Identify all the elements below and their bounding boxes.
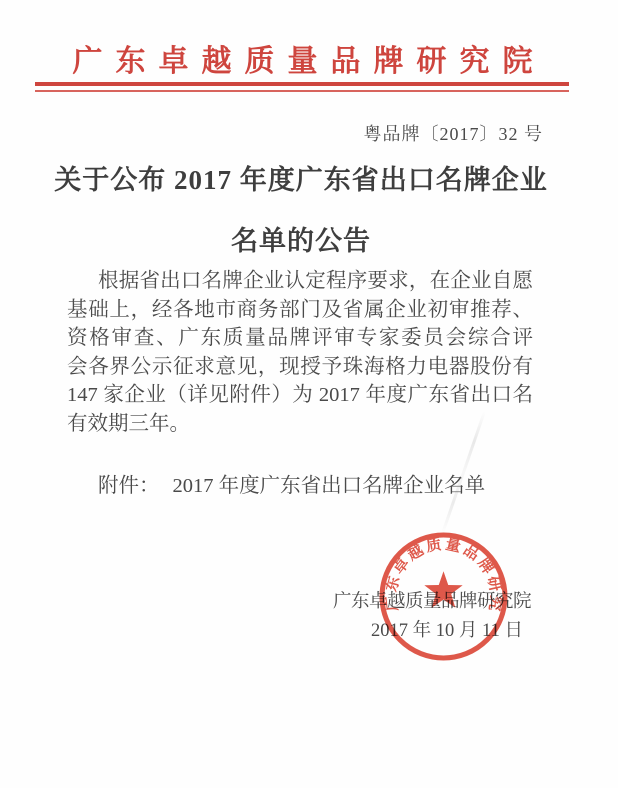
letterhead-rule-thick	[35, 82, 569, 86]
notice-title-line2: 名单的公告	[0, 219, 610, 258]
body-line: 基础上，经各地市商务部门及省属企业初审推荐、申报材料	[67, 296, 533, 325]
doc-number: 粤品牌〔2017〕32 号	[364, 120, 544, 146]
body-line: 会各界公示征求意见，现授予珠海格力电器股份有限公司等	[67, 353, 533, 382]
notice-title: 关于公布 2017 年度广东省出口名牌企业 名单的公告	[0, 158, 618, 258]
signature-date: 2017 年 10 月 11 日	[371, 616, 523, 642]
body-line: 147 家企业（详见附件）为 2017 年度广东省出口名牌企业，	[67, 381, 533, 410]
body-line: 资格审查、广东质量品牌评审专家委员会综合评价，并向社	[67, 324, 533, 353]
attachment-label: 附件：	[98, 475, 160, 497]
attachment-title: 2017 年度广东省出口名牌企业名单	[173, 475, 486, 497]
body-line: 有效期三年。	[67, 410, 533, 439]
attachment-line: 附件：2017 年度广东省出口名牌企业名单	[98, 468, 485, 498]
notice-title-line1: 关于公布 2017 年度广东省出口名牌企业	[0, 158, 610, 197]
body-line: 根据省出口名牌企业认定程序要求，在企业自愿申报的	[67, 267, 533, 296]
body-paragraph: 根据省出口名牌企业认定程序要求，在企业自愿申报的 基础上，经各地市商务部门及省属…	[67, 267, 533, 439]
letterhead-rule-thin	[35, 90, 569, 92]
official-notice-document: 广东卓越质量品牌研究院 粤品牌〔2017〕32 号 关于公布 2017 年度广东…	[0, 0, 618, 788]
letterhead-org-name: 广东卓越质量品牌研究院	[0, 36, 618, 80]
signature-org-name: 广东卓越质量品牌研究院	[333, 587, 531, 613]
